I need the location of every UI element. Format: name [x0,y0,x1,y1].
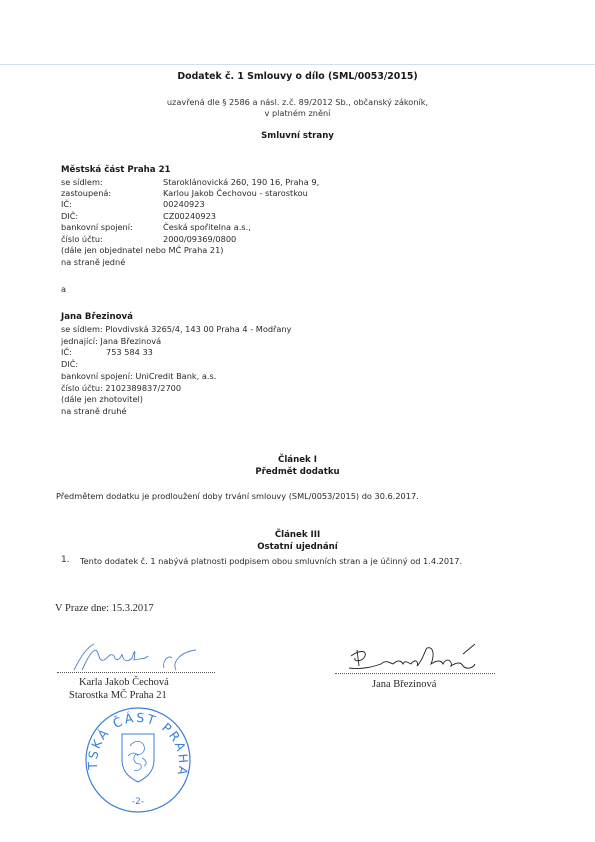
right-signatory-name: Jana Březinová [372,679,436,690]
right-signature-icon [345,640,495,675]
field-value: Staroklánovická 260, 190 16, Praha 9, [163,177,319,187]
stamp-number: -2- [132,797,144,807]
field-label: číslo účtu: [61,234,103,244]
parties-heading: Smluvní strany [0,131,595,141]
field-label: IČ: [61,199,72,209]
article1-title: Předmět dodatku [0,467,595,477]
field-value: 2000/09369/0800 [163,234,236,244]
left-signature-line [57,672,215,673]
document-page: Dodatek č. 1 Smlouvy o dílo (SML/0053/20… [0,0,595,842]
article1-number: Článek I [0,455,595,465]
party2-line: IČ: [61,347,72,357]
article3-item-text: Tento dodatek č. 1 nabývá platnosti podp… [80,556,462,566]
svg-text:MĚSTSKÁ ČÁST PRAHA 21: MĚSTSKÁ ČÁST PRAHA 21 [78,694,192,778]
left-signatory-name: Karla Jakob Čechová [79,677,169,688]
right-signature-line [335,673,495,674]
top-border-line [0,64,595,65]
field-label: DIČ: [61,211,78,221]
left-signatory-role: Starostka MČ Praha 21 [69,690,167,701]
field-value: CZ00240923 [163,211,216,221]
party2-line: se sídlem: Plovdivská 3265/4, 143 00 Pra… [61,324,291,334]
field-value: Karlou Jakob Čechovou - starostkou [163,188,308,198]
party2-line: na straně druhé [61,406,126,416]
field-label: bankovní spojení: [61,222,133,232]
document-title: Dodatek č. 1 Smlouvy o dílo (SML/0053/20… [0,71,595,82]
party1-name: Městská část Praha 21 [61,165,171,175]
party2-line: bankovní spojení: UniCredit Bank, a.s. [61,371,216,381]
article3-number: Článek III [0,530,595,540]
field-value: Česká spořitelna a.s., [163,222,251,232]
party2-line: jednající: Jana Březinová [61,336,161,346]
legal-basis-line-2: v platném znění [0,108,595,118]
article1-text: Předmětem dodatku je prodloužení doby tr… [56,491,419,501]
place-date: V Praze dne: 15.3.2017 [55,603,154,614]
party1-side: na straně jedné [61,257,125,267]
field-label: zastoupená: [61,188,111,198]
party1-alias: (dále jen objednatel nebo MČ Praha 21) [61,245,224,255]
party2-ic-value: 753 584 33 [106,347,153,357]
field-value: 00240923 [163,199,205,209]
party2-name: Jana Březinová [61,312,133,322]
article3-title: Ostatní ujednání [0,542,595,552]
left-signature-icon [60,640,210,675]
stamp-ring-text: MĚSTSKÁ ČÁST PRAHA 21 [78,694,192,778]
article3-item-number: 1. [61,555,70,565]
field-label: se sídlem: [61,177,103,187]
official-stamp-icon: MĚSTSKÁ ČÁST PRAHA 21 -2- [84,706,192,814]
party2-line: číslo účtu: 2102389837/2700 [61,383,181,393]
party2-line: DIČ: [61,359,78,369]
party2-line: (dále jen zhotovitel) [61,394,143,404]
conjunction: a [61,284,66,294]
legal-basis-line: uzavřená dle § 2586 a násl. z.č. 89/2012… [0,97,595,107]
